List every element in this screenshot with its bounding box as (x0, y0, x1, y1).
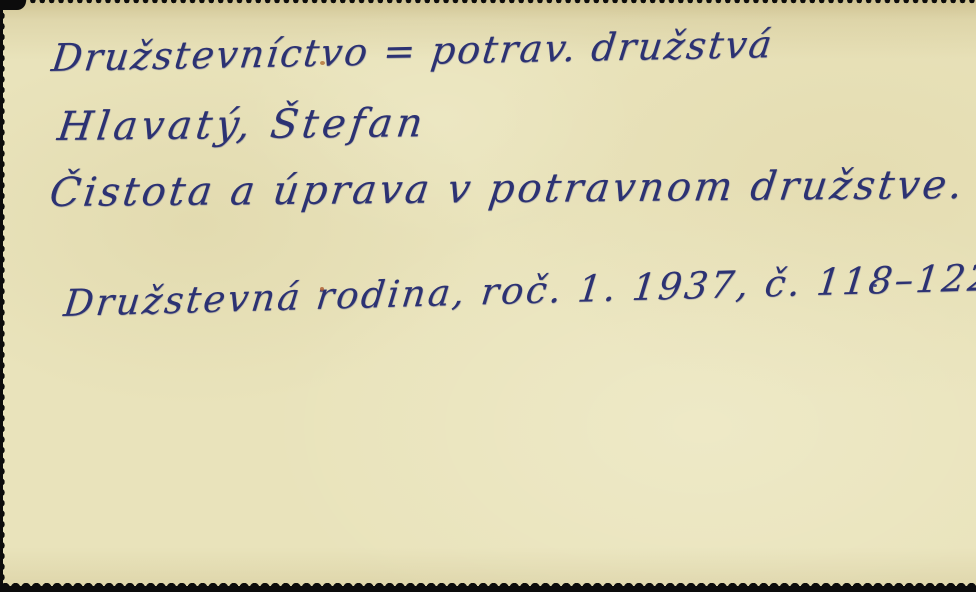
handwritten-author-name: Hlavatý, Štefan (55, 100, 429, 150)
handwritten-source-citation: Družstevná rodina, roč. 1. 1937, č. 118–… (62, 256, 976, 326)
handwritten-article-title: Čistota a úprava v potravnom družstve. (47, 162, 968, 216)
paper-stain (320, 287, 324, 291)
scanned-card-image: Družstevníctvo = potrav. družstvá Hlavat… (0, 0, 976, 592)
perforated-edge-bottom (0, 578, 976, 592)
perforated-edge-top (0, 0, 976, 8)
handwritten-subject-heading: Družstevníctvo = potrav. družstvá (49, 22, 776, 80)
perforated-edge-left (0, 0, 10, 592)
catalog-card: Družstevníctvo = potrav. družstvá Hlavat… (0, 0, 976, 592)
paper-stain (320, 61, 325, 65)
ink-speck (873, 284, 877, 287)
